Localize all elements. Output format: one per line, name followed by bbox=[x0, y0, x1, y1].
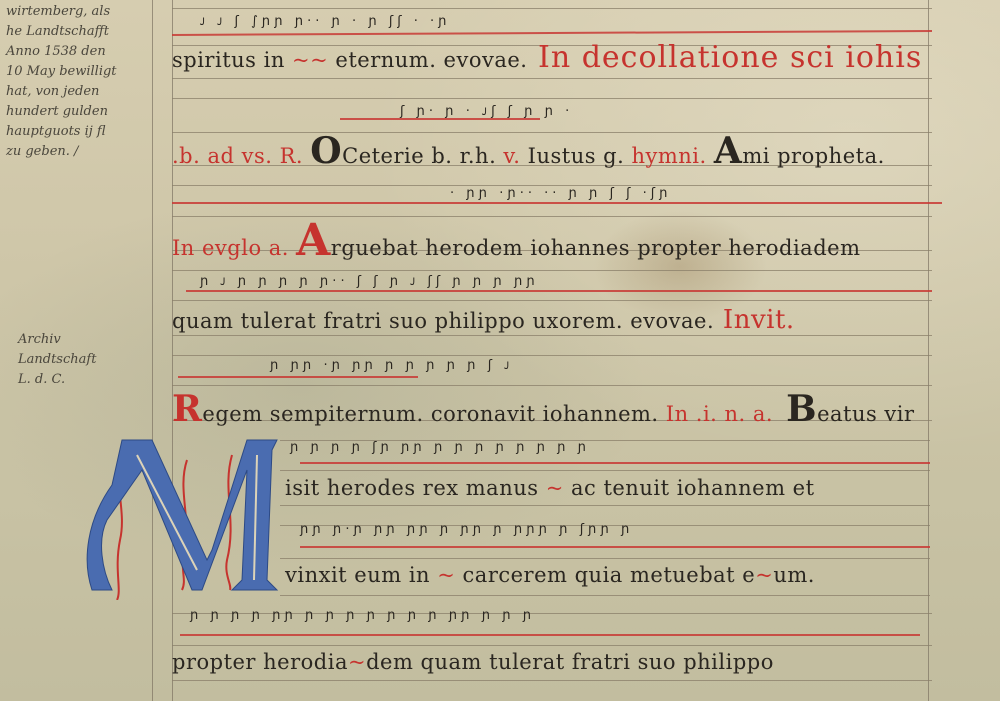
neume-row-3: · ɲɲ ·ɲ·· ·· ɲ ɲ ʃ ʃ ·ʃɲ bbox=[450, 186, 671, 201]
chant-line-1: spiritus in ~~ eternum. evovae. In decol… bbox=[172, 40, 950, 75]
chant-line-2: .b. ad vs. R. OCeterie b. r.h. v. Iustus… bbox=[172, 130, 950, 172]
initial-B: B bbox=[773, 388, 817, 430]
margin-note-archive: Archiv Landtschaft L. d. C. bbox=[18, 330, 96, 390]
neume-row-7: ɲɲ ɲ·ɲ ɲɲ ɲɲ ɲ ɲɲ ɲ ɲɲɲ ɲ ʃɲɲ ɲ bbox=[300, 522, 633, 537]
initial-R: R bbox=[172, 388, 202, 430]
neume-row-6: ɲ ɲ ɲ ɲ ʃɲ ɲɲ ɲ ɲ ɲ ɲ ɲ ɲ ɲ ɲ bbox=[290, 440, 590, 455]
initial-A-red: A bbox=[296, 215, 331, 266]
chant-line-6: isit herodes rex manus ~ ac tenuit iohan… bbox=[285, 476, 950, 500]
initial-A: A bbox=[714, 130, 742, 172]
chant-line-8: propter herodia~dem quam tulerat fratri … bbox=[172, 650, 950, 674]
rubric-heading: In decollatione sci iohis bbox=[527, 40, 922, 75]
chant-line-4: quam tulerat fratri suo philippo uxorem.… bbox=[172, 305, 950, 335]
chant-line-7: vinxit eum in ~ carcerem quia metuebat e… bbox=[285, 563, 950, 587]
chant-line-3: In evglo a. Arguebat herodem iohannes pr… bbox=[172, 215, 950, 266]
neume-row-5: ɲ ɲɲ ·ɲ ɲɲ ɲ ɲ ɲ ɲ ɲ ʃ ᴊ bbox=[270, 358, 513, 373]
neume-row-1: ᴊ ᴊ ʃ ∫ɲɲ ɲ·· ɲ · ɲ ʃʃ · ·ɲ bbox=[200, 14, 451, 29]
neume-row-8: ɲ ɲ ɲ ɲ ɲɲ ɲ ɲ ɲ ɲ ɲ ɲ ɲ ɲɲ ɲ ɲ ɲ bbox=[190, 608, 535, 623]
initial-O: O bbox=[310, 130, 342, 172]
margin-note-1538: wirtemberg, als he Landtschafft Anno 153… bbox=[6, 2, 117, 162]
illuminated-initial-M bbox=[82, 430, 282, 600]
initial-M-icon bbox=[82, 430, 282, 600]
chant-line-5: Regem sempiternum. coronavit iohannem. I… bbox=[172, 388, 950, 430]
neume-row-4: ɲ ᴊ ɲ ɲ ɲ ɲ ɲ·· ʃ ʃ ɲ ᴊ ʃʃ ɲ ɲ ɲ ɲɲ bbox=[200, 274, 539, 289]
neume-row-2: ʃ ɲ· ɲ · ᴊʃ ʃ ɲ ɲ · bbox=[400, 104, 573, 119]
